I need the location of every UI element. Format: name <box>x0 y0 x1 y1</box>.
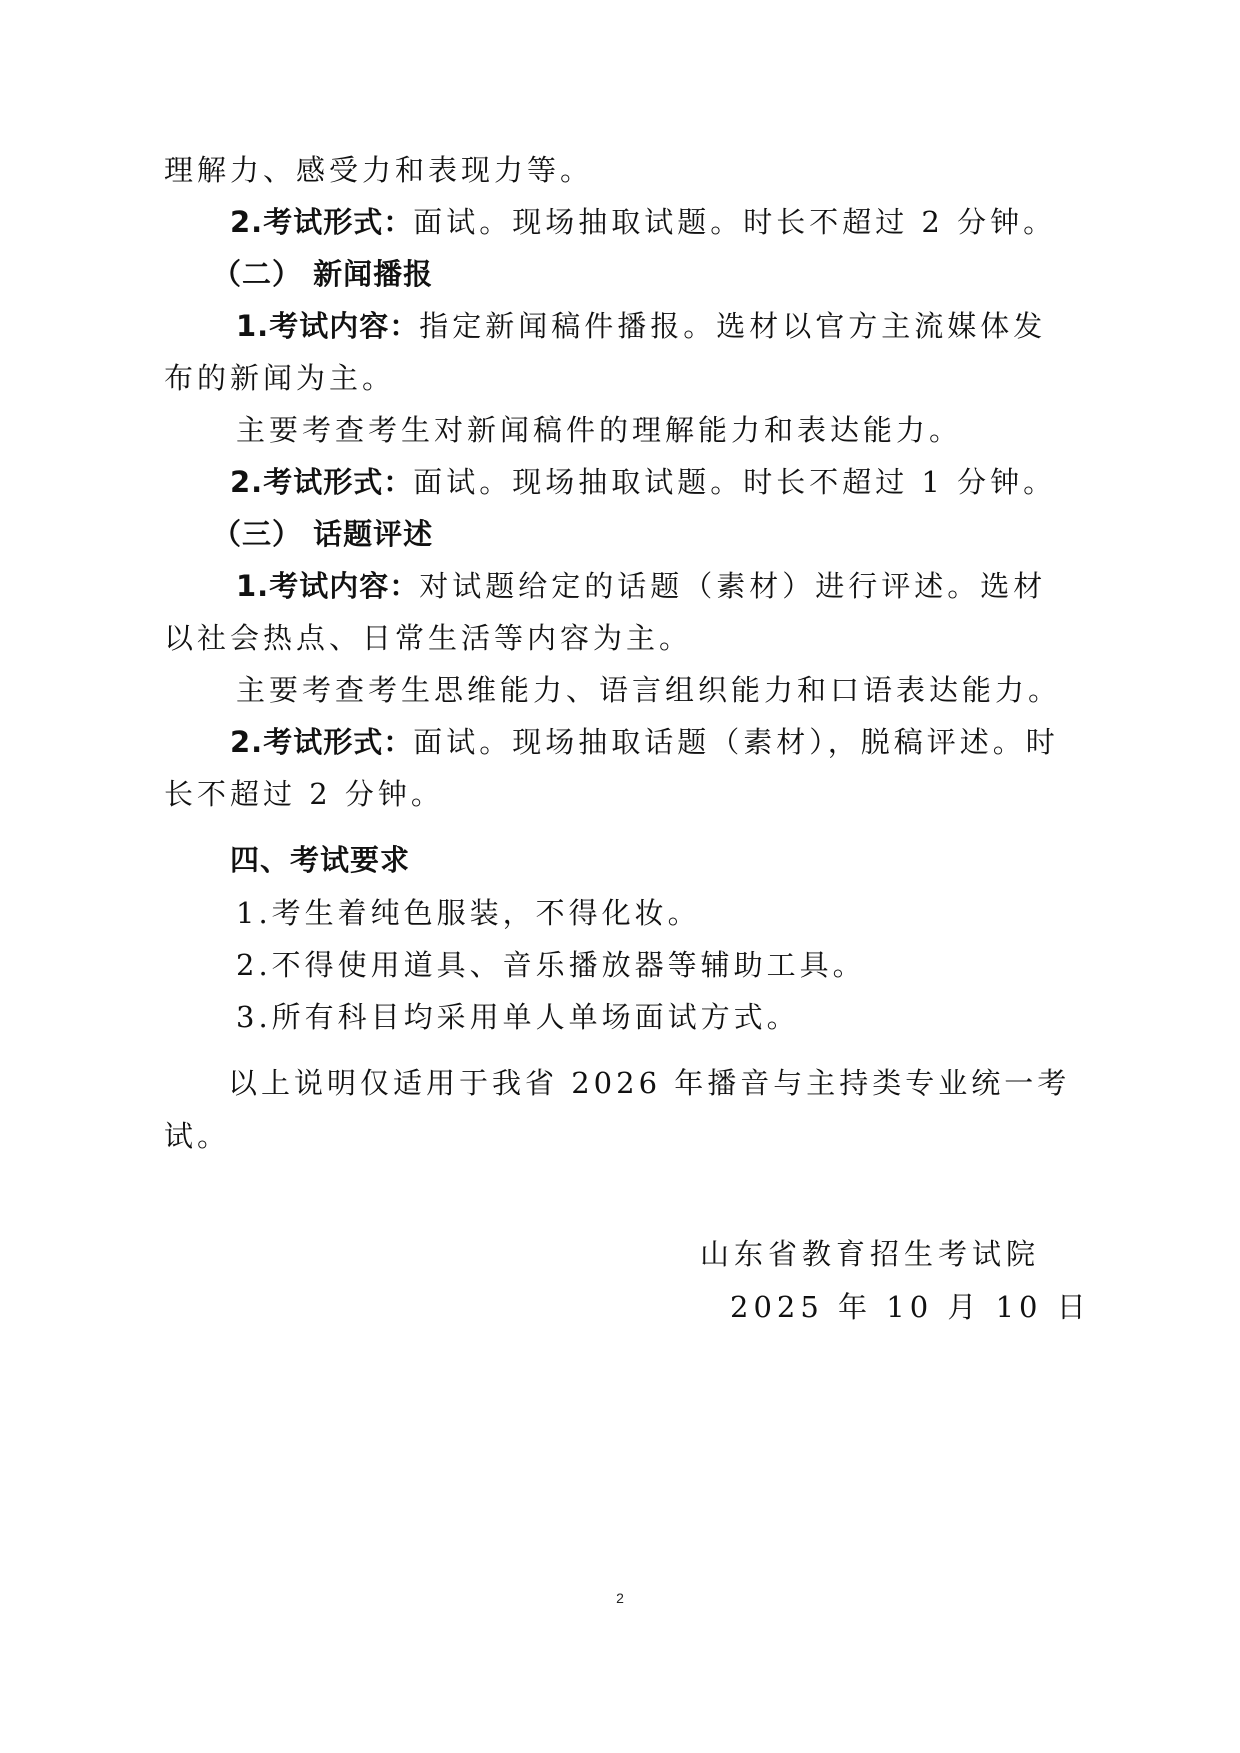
paragraph-line: 试。 <box>164 1116 230 1156</box>
exam-content-text: 对试题给定的话题（素材）进行评述。选材 <box>419 569 1046 603</box>
exam-content-text: 指定新闻稿件播报。选材以官方主流媒体发 <box>419 309 1046 343</box>
exam-format-label: 2.考试形式： <box>230 205 413 239</box>
exam-format-text: 面试。现场抽取话题（素材），脱稿评述。时 <box>413 725 1059 759</box>
paragraph-line: 主要考查考生思维能力、语言组织能力和口语表达能力。 <box>236 670 1061 710</box>
exam-format-label: 2.考试形式： <box>230 725 413 759</box>
paragraph-line: 以上说明仅适用于我省 2026 年播音与主持类专业统一考 <box>228 1063 1070 1103</box>
document-page: 理解力、感受力和表现力等。 2.考试形式：面试。现场抽取试题。时长不超过 2 分… <box>0 0 1240 1753</box>
paragraph-line: 以社会热点、日常生活等内容为主。 <box>164 618 692 658</box>
exam-format-text: 面试。现场抽取试题。时长不超过 1 分钟。 <box>413 465 1056 499</box>
body-text: 理解力、感受力和表现力等。 <box>164 153 593 187</box>
paragraph-line: 主要考查考生对新闻稿件的理解能力和表达能力。 <box>236 410 962 450</box>
exam-format-line: 2.考试形式：面试。现场抽取话题（素材），脱稿评述。时 <box>230 722 1059 762</box>
paragraph-line: 布的新闻为主。 <box>164 358 395 398</box>
paragraph-line: 长不超过 2 分钟。 <box>164 774 444 814</box>
section-heading-news-broadcast: （二） 新闻播报 <box>212 254 433 294</box>
exam-content-line: 1.考试内容：指定新闻稿件播报。选材以官方主流媒体发 <box>236 306 1046 346</box>
page-number: 2 <box>0 1590 1240 1606</box>
exam-format-line: 2.考试形式：面试。现场抽取试题。时长不超过 1 分钟。 <box>230 462 1056 502</box>
requirement-item: 2.不得使用道具、音乐播放器等辅助工具。 <box>236 945 866 985</box>
exam-format-line: 2.考试形式：面试。现场抽取试题。时长不超过 2 分钟。 <box>230 202 1056 242</box>
exam-content-label: 1.考试内容： <box>236 309 419 343</box>
exam-content-line: 1.考试内容：对试题给定的话题（素材）进行评述。选材 <box>236 566 1046 606</box>
signature-organization: 山东省教育招生考试院 <box>700 1234 1040 1274</box>
paragraph-line: 理解力、感受力和表现力等。 <box>164 150 593 190</box>
exam-format-label: 2.考试形式： <box>230 465 413 499</box>
exam-format-text: 面试。现场抽取试题。时长不超过 2 分钟。 <box>413 205 1056 239</box>
signature-date: 2025 年 10 月 10 日 <box>730 1287 1091 1327</box>
section-heading-topic-commentary: （三） 话题评述 <box>212 514 433 554</box>
requirement-item: 3.所有科目均采用单人单场面试方式。 <box>236 997 800 1037</box>
section-heading-exam-requirements: 四、考试要求 <box>230 840 410 880</box>
requirement-item: 1.考生着纯色服装，不得化妆。 <box>236 893 701 933</box>
exam-content-label: 1.考试内容： <box>236 569 419 603</box>
